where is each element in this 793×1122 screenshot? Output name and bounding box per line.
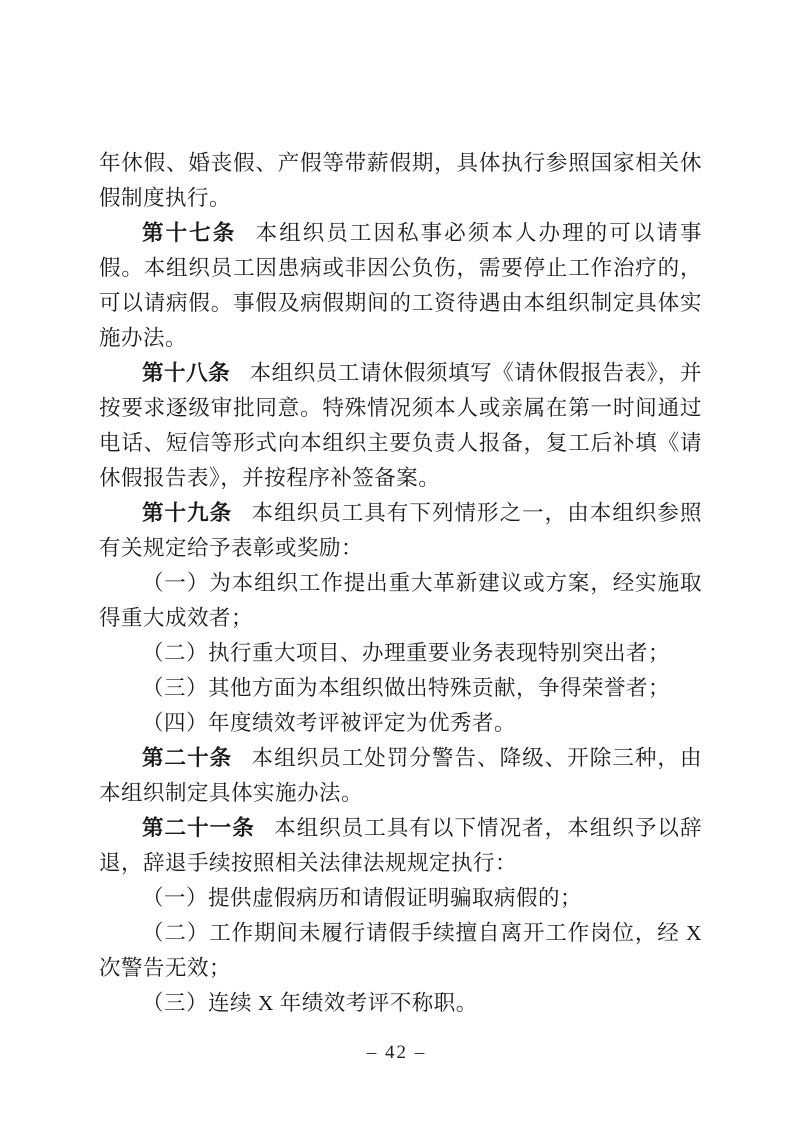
article-21-heading: 第二十一条	[142, 816, 255, 840]
paragraph-article-17: 第十七条本组织员工因私事必须本人办理的可以请事假。本组织员工因患病或非因公负伤，…	[99, 216, 702, 356]
paragraph-article-21: 第二十一条本组织员工具有以下情况者，本组织予以辞退，辞退手续按照相关法律法规规定…	[99, 811, 702, 881]
article-20-heading: 第二十条	[142, 746, 232, 770]
article-19-heading: 第十九条	[142, 501, 232, 525]
list-item-21-3: （三）连续 X 年绩效考评不称职。	[99, 986, 702, 1021]
list-item-21-1: （一）提供虚假病历和请假证明骗取病假的；	[99, 881, 702, 916]
paragraph-text: （三）其他方面为本组织做出特殊贡献，争得荣誉者；	[142, 676, 670, 700]
paragraph-text: （四）年度绩效考评被评定为优秀者。	[142, 711, 516, 735]
paragraph-text: （三）连续 X 年绩效考评不称职。	[142, 991, 478, 1015]
paragraph-article-20: 第二十条本组织员工处罚分警告、降级、开除三种，由本组织制定具体实施办法。	[99, 741, 702, 811]
article-18-heading: 第十八条	[142, 361, 230, 385]
paragraph-article-19: 第十九条本组织员工具有下列情形之一，由本组织参照有关规定给予表彰或奖励：	[99, 496, 702, 566]
list-item-19-4: （四）年度绩效考评被评定为优秀者。	[99, 706, 702, 741]
list-item-21-2: （二）工作期间未履行请假手续擅自离开工作岗位，经 X 次警告无效；	[99, 916, 702, 986]
paragraph-text: （二）执行重大项目、办理重要业务表现特别突出者；	[142, 641, 670, 665]
paragraph-text: （一）提供虚假病历和请假证明骗取病假的；	[142, 886, 582, 910]
paragraph-text: （一）为本组织工作提出重大革新建议或方案，经实施取得重大成效者；	[99, 571, 702, 630]
paragraph-text: （二）工作期间未履行请假手续擅自离开工作岗位，经 X 次警告无效；	[99, 921, 702, 980]
page-footer: – 42 –	[0, 1042, 793, 1064]
list-item-19-1: （一）为本组织工作提出重大革新建议或方案，经实施取得重大成效者；	[99, 566, 702, 636]
list-item-19-3: （三）其他方面为本组织做出特殊贡献，争得荣誉者；	[99, 671, 702, 706]
list-item-19-2: （二）执行重大项目、办理重要业务表现特别突出者；	[99, 636, 702, 671]
paragraph-article-18: 第十八条本组织员工请休假须填写《请休假报告表》，并按要求逐级审批同意。特殊情况须…	[99, 356, 702, 496]
page-number: – 42 –	[367, 1042, 427, 1063]
paragraph-text: 年休假、婚丧假、产假等带薪假期，具体执行参照国家相关休假制度执行。	[99, 151, 702, 210]
document-body: 年休假、婚丧假、产假等带薪假期，具体执行参照国家相关休假制度执行。 第十七条本组…	[99, 146, 702, 1021]
document-page: 年休假、婚丧假、产假等带薪假期，具体执行参照国家相关休假制度执行。 第十七条本组…	[0, 0, 793, 1122]
paragraph-continuation: 年休假、婚丧假、产假等带薪假期，具体执行参照国家相关休假制度执行。	[99, 146, 702, 216]
article-17-heading: 第十七条	[142, 221, 236, 245]
